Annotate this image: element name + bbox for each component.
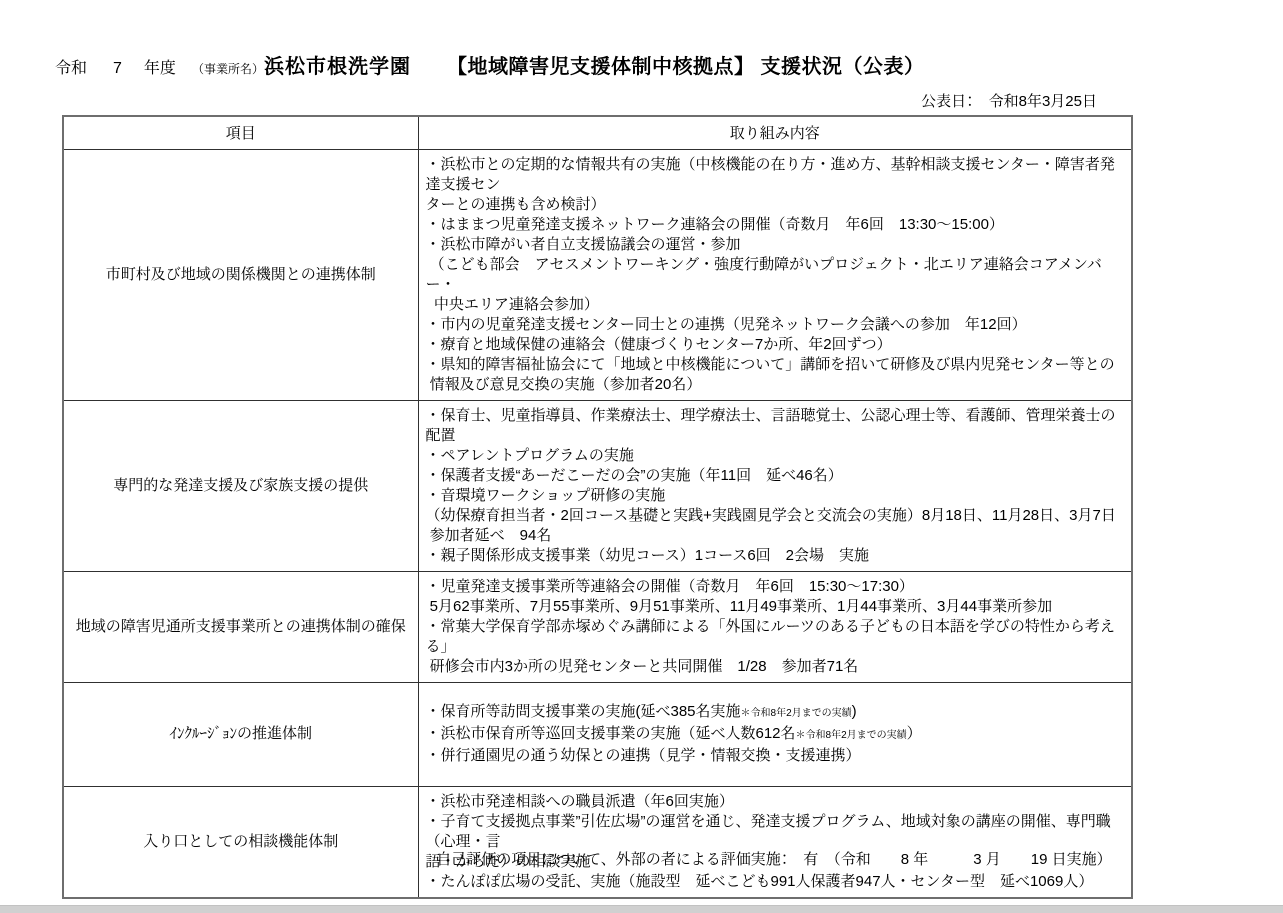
content-line: 中央エリア連絡会参加） bbox=[426, 295, 1126, 315]
content-line: 5月62事業所、7月55事業所、9月51事業所、11月49事業所、1月44事業所… bbox=[426, 597, 1126, 617]
column-header-content: 取り組み内容 bbox=[418, 116, 1132, 149]
content-line: ・たんぽぽ広場の受託、実施（施設型 延べこども991人保護者947人・センター型… bbox=[426, 872, 1126, 892]
content-line: ・浜松市保育所等巡回支援事業の実施（延べ人数612名＊令和8年2月までの実績） bbox=[426, 724, 1126, 746]
title-nendo: 年度 bbox=[144, 55, 176, 78]
text-segment: ) bbox=[852, 703, 857, 720]
content-line: ・児童発達支援事業所等連絡会の開催（奇数月 年6回 15:30～17:30） bbox=[426, 577, 1126, 597]
item-label: 地域の障害児通所支援事業所との連携体制の確保 bbox=[63, 571, 418, 682]
content-line: ・子育て支援拠点事業”引佐広場”の運営を通じ、発達支援プログラム、地域対象の講座… bbox=[426, 812, 1126, 852]
small-annotation: ＊令和8年2月までの実績 bbox=[741, 708, 852, 719]
document-page: 令和 7 年度 （事業所名） 浜松市根洗学園 【地域障害児支援体制中核拠点】 支… bbox=[0, 0, 1283, 913]
content-line: ・ペアレントプログラムの実施 bbox=[426, 446, 1126, 466]
content-line: ・保育所等訪問支援事業の実施(延べ385名実施＊令和8年2月までの実績) bbox=[426, 702, 1126, 724]
content-line: ・併行通園児の通う幼保との連携（見学・情報交換・支援連携） bbox=[426, 746, 1126, 766]
text-segment: ・保育所等訪問支援事業の実施(延べ385名実施 bbox=[426, 703, 741, 720]
content-line: ・市内の児童発達支援センター同士との連携（児発ネットワーク会議への参加 年12回… bbox=[426, 315, 1126, 335]
text-segment: ・浜松市保育所等巡回支援事業の実施（延べ人数612名 bbox=[426, 725, 796, 742]
table-row: 専門的な発達支援及び家族支援の提供・保育士、児童指導員、作業療法士、理学療法士、… bbox=[63, 400, 1132, 571]
table-row: 市町村及び地域の関係機関との連携体制・浜松市との定期的な情報共有の実施（中核機能… bbox=[63, 149, 1132, 400]
external-evaluation-note: 自己評価の項目について、外部の者による評価実施： 有 （令和 8 年 3 月 1… bbox=[417, 848, 1131, 869]
content-line: ・浜松市障がい者自立支援協議会の運営・参加 bbox=[426, 235, 1126, 255]
content-cell: ・保育所等訪問支援事業の実施(延べ385名実施＊令和8年2月までの実績)・浜松市… bbox=[418, 682, 1132, 786]
title-office-name: 浜松市根洗学園 bbox=[264, 50, 411, 79]
content-line: ・常葉大学保育学部赤塚めぐみ講師による「外国にルーツのある子どもの日本語を学びの… bbox=[426, 617, 1126, 657]
publish-date: 公表日： 令和8年3月25日 bbox=[62, 90, 1131, 111]
content-cell: ・浜松市発達相談への職員派遣（年6回実施）・子育て支援拠点事業”引佐広場”の運営… bbox=[418, 786, 1132, 898]
title-main: 【地域障害児支援体制中核拠点】 支援状況（公表） bbox=[447, 50, 925, 79]
content-line: ・浜松市との定期的な情報共有の実施（中核機能の在り方・進め方、基幹相談支援センタ… bbox=[426, 155, 1126, 195]
item-label: 入り口としての相談機能体制 bbox=[63, 786, 418, 898]
table-row: ｲﾝｸﾙｰｼﾞｮﾝの推進体制・保育所等訪問支援事業の実施(延べ385名実施＊令和… bbox=[63, 682, 1132, 786]
content-line: 参加者延べ 94名 bbox=[426, 526, 1126, 546]
content-cell: ・浜松市との定期的な情報共有の実施（中核機能の在り方・進め方、基幹相談支援センタ… bbox=[418, 149, 1132, 400]
content-line: （幼保療育担当者・2回コース基礎と実践+実践園見学会と交流会の実施）8月18日、… bbox=[426, 506, 1126, 526]
content-line: ・県知的障害福祉協会にて「地域と中核機能について」講師を招いて研修及び県内児発セ… bbox=[426, 355, 1126, 375]
table-row: 地域の障害児通所支援事業所との連携体制の確保・児童発達支援事業所等連絡会の開催（… bbox=[63, 571, 1132, 682]
support-status-table: 項目 取り組み内容 市町村及び地域の関係機関との連携体制・浜松市との定期的な情報… bbox=[62, 115, 1133, 899]
content-line: ・浜松市発達相談への職員派遣（年6回実施） bbox=[426, 792, 1126, 812]
item-label: 専門的な発達支援及び家族支援の提供 bbox=[63, 400, 418, 571]
content-line: 研修会市内3か所の児発センターと共同開催 1/28 参加者71名 bbox=[426, 657, 1126, 677]
content-line: ・はままつ児童発達支援ネットワーク連絡会の開催（奇数月 年6回 13:30～15… bbox=[426, 215, 1126, 235]
table-header-row: 項目 取り組み内容 bbox=[63, 116, 1132, 149]
table-body: 市町村及び地域の関係機関との連携体制・浜松市との定期的な情報共有の実施（中核機能… bbox=[63, 149, 1132, 898]
small-annotation: ＊令和8年2月までの実績 bbox=[796, 730, 907, 741]
title-office-label: （事業所名） bbox=[192, 60, 264, 77]
table-row: 入り口としての相談機能体制・浜松市発達相談への職員派遣（年6回実施）・子育て支援… bbox=[63, 786, 1132, 898]
item-label: ｲﾝｸﾙｰｼﾞｮﾝの推進体制 bbox=[63, 682, 418, 786]
content-cell: ・児童発達支援事業所等連絡会の開催（奇数月 年6回 15:30～17:30） 5… bbox=[418, 571, 1132, 682]
content-line: ・保育士、児童指導員、作業療法士、理学療法士、言語聴覚士、公認心理士等、看護師、… bbox=[426, 406, 1126, 446]
title-year: 7 bbox=[113, 60, 122, 78]
column-header-item: 項目 bbox=[63, 116, 418, 149]
content-line: ・音環境ワークショップ研修の実施 bbox=[426, 486, 1126, 506]
page-title: 令和 7 年度 （事業所名） 浜松市根洗学園 【地域障害児支援体制中核拠点】 支… bbox=[55, 50, 925, 79]
content-line: ・保護者支援“あーだこーだの会”の実施（年11回 延べ46名） bbox=[426, 466, 1126, 486]
content-line: （こども部会 アセスメントワーキング・強度行動障がいプロジェクト・北エリア連絡会… bbox=[426, 255, 1126, 295]
window-bottom-edge bbox=[0, 905, 1283, 913]
content-cell: ・保育士、児童指導員、作業療法士、理学療法士、言語聴覚士、公認心理士等、看護師、… bbox=[418, 400, 1132, 571]
content-line: ・親子関係形成支援事業（幼児コース）1コース6回 2会場 実施 bbox=[426, 546, 1126, 566]
content-line: ・療育と地域保健の連絡会（健康づくりセンター7か所、年2回ずつ） bbox=[426, 335, 1126, 355]
text-segment: ） bbox=[907, 725, 922, 742]
item-label: 市町村及び地域の関係機関との連携体制 bbox=[63, 149, 418, 400]
title-era: 令和 bbox=[55, 55, 87, 78]
content-line: 情報及び意見交換の実施（参加者20名） bbox=[426, 375, 1126, 395]
content-line: ターとの連携も含め検討） bbox=[426, 195, 1126, 215]
